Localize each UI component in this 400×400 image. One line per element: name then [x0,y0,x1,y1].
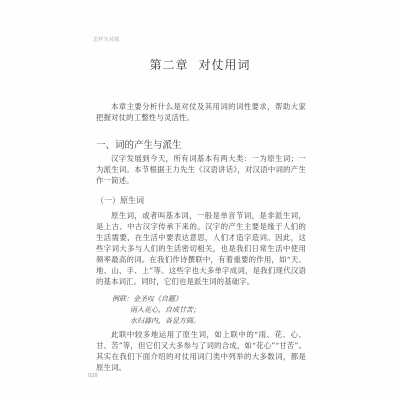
example-label: 例联：金圣叹《自题》 [112,295,182,303]
book-page: 怎样写对联 第二章对仗用词 本章主要分析什么是对仗及其用词的词性要求，帮助大家把… [0,0,400,400]
subsection-heading: （一）原生词 [96,195,144,206]
closing-paragraph: 此联中较多地运用了原生词，如上联中的“雨、花、心、甘、苦”等，但它们又大多参与了… [96,329,306,373]
couplet-line-lower: 水归器内，各显方圆。 [112,316,200,327]
chapter-number: 第二章 [149,58,188,72]
example-couplet: 例联：金圣叹《自题》 雨入花心，自成甘苦； 水归器内，各显方圆。 [112,294,200,327]
chapter-name: 对仗用词 [199,58,251,72]
section-heading: 一、词的产生与派生 [96,137,182,151]
page-number: 020 [88,373,98,379]
running-header: 怎样写对联 [93,36,120,43]
couplet-line-upper: 雨入花心，自成甘苦； [112,305,200,316]
intro-paragraph: 本章主要分析什么是对仗及其用词的词性要求，帮助大家把握对仗的工整性与灵活性。 [96,101,306,123]
section-paragraph: 汉字发展到今天，所有词基本有两大类：一为原生词；一为派生词。本节根据王力先生《汉… [96,153,306,186]
chapter-title: 第二章对仗用词 [0,56,400,73]
subsection-paragraph: 原生词，或者叫基本词，一般是单音节词，是非派生词，是上古、中古汉字传承下来的。汉… [96,210,306,287]
